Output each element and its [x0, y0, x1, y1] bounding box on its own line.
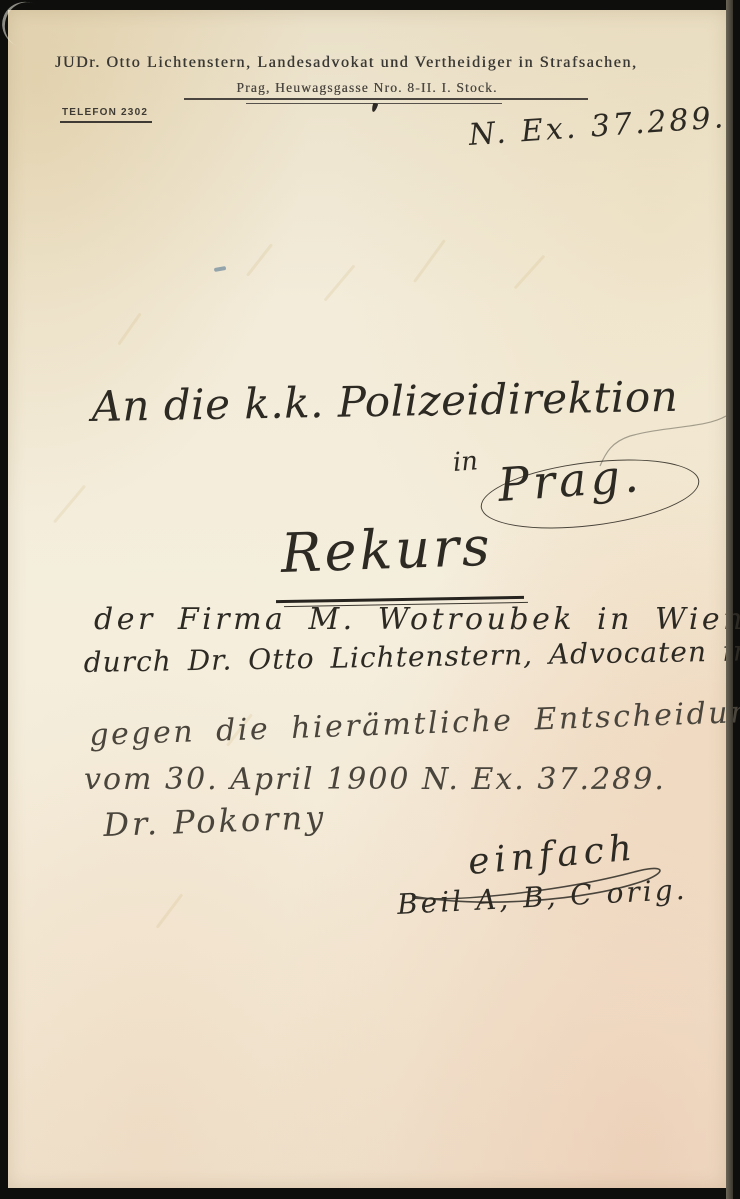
file-number-handwritten: N. Ex. 37.289. — [468, 100, 728, 153]
letterhead-address-line: Prag, Heuwagsgasse Nro. 8-II. I. Stock. — [8, 80, 726, 96]
addressee-line: An die k.k. Polizeidirektion — [91, 372, 678, 431]
bleed-stroke — [413, 239, 446, 283]
scan-corner-glare — [0, 0, 57, 54]
telefon-badge: TELEFON 2302 — [60, 107, 152, 123]
document-page: JUDr. Otto Lichtenstern, Landesadvokat u… — [8, 10, 726, 1188]
bleed-stroke — [156, 893, 184, 928]
bleed-blue-mark — [214, 266, 226, 272]
document-title: Rekurs — [280, 515, 494, 585]
ink-blot — [371, 102, 379, 112]
bleed-stroke — [53, 485, 86, 524]
scan-edge-strip — [726, 0, 733, 1199]
subject-line-1: gegen die hierämtliche Entscheidung — [89, 694, 740, 753]
subject-line-2: vom 30. April 1900 N. Ex. 37.289. — [84, 762, 666, 797]
bleed-stroke — [324, 264, 356, 301]
party-line-2: durch Dr. Otto Lichtenstern, Advocaten i… — [83, 633, 740, 679]
bleed-stroke — [246, 243, 273, 276]
in-word: in — [452, 446, 479, 478]
bleed-stroke — [514, 255, 546, 290]
bleed-stroke — [117, 313, 141, 346]
letterhead-name-line: JUDr. Otto Lichtenstern, Landesadvokat u… — [55, 54, 705, 72]
city-word: Prag. — [496, 448, 644, 512]
clerk-signature-scribble: Dr. Pokorny — [103, 798, 327, 844]
letterhead-rule-long — [184, 98, 588, 100]
party-line-1: der Firma M. Wotroubek in Wien — [94, 602, 740, 637]
